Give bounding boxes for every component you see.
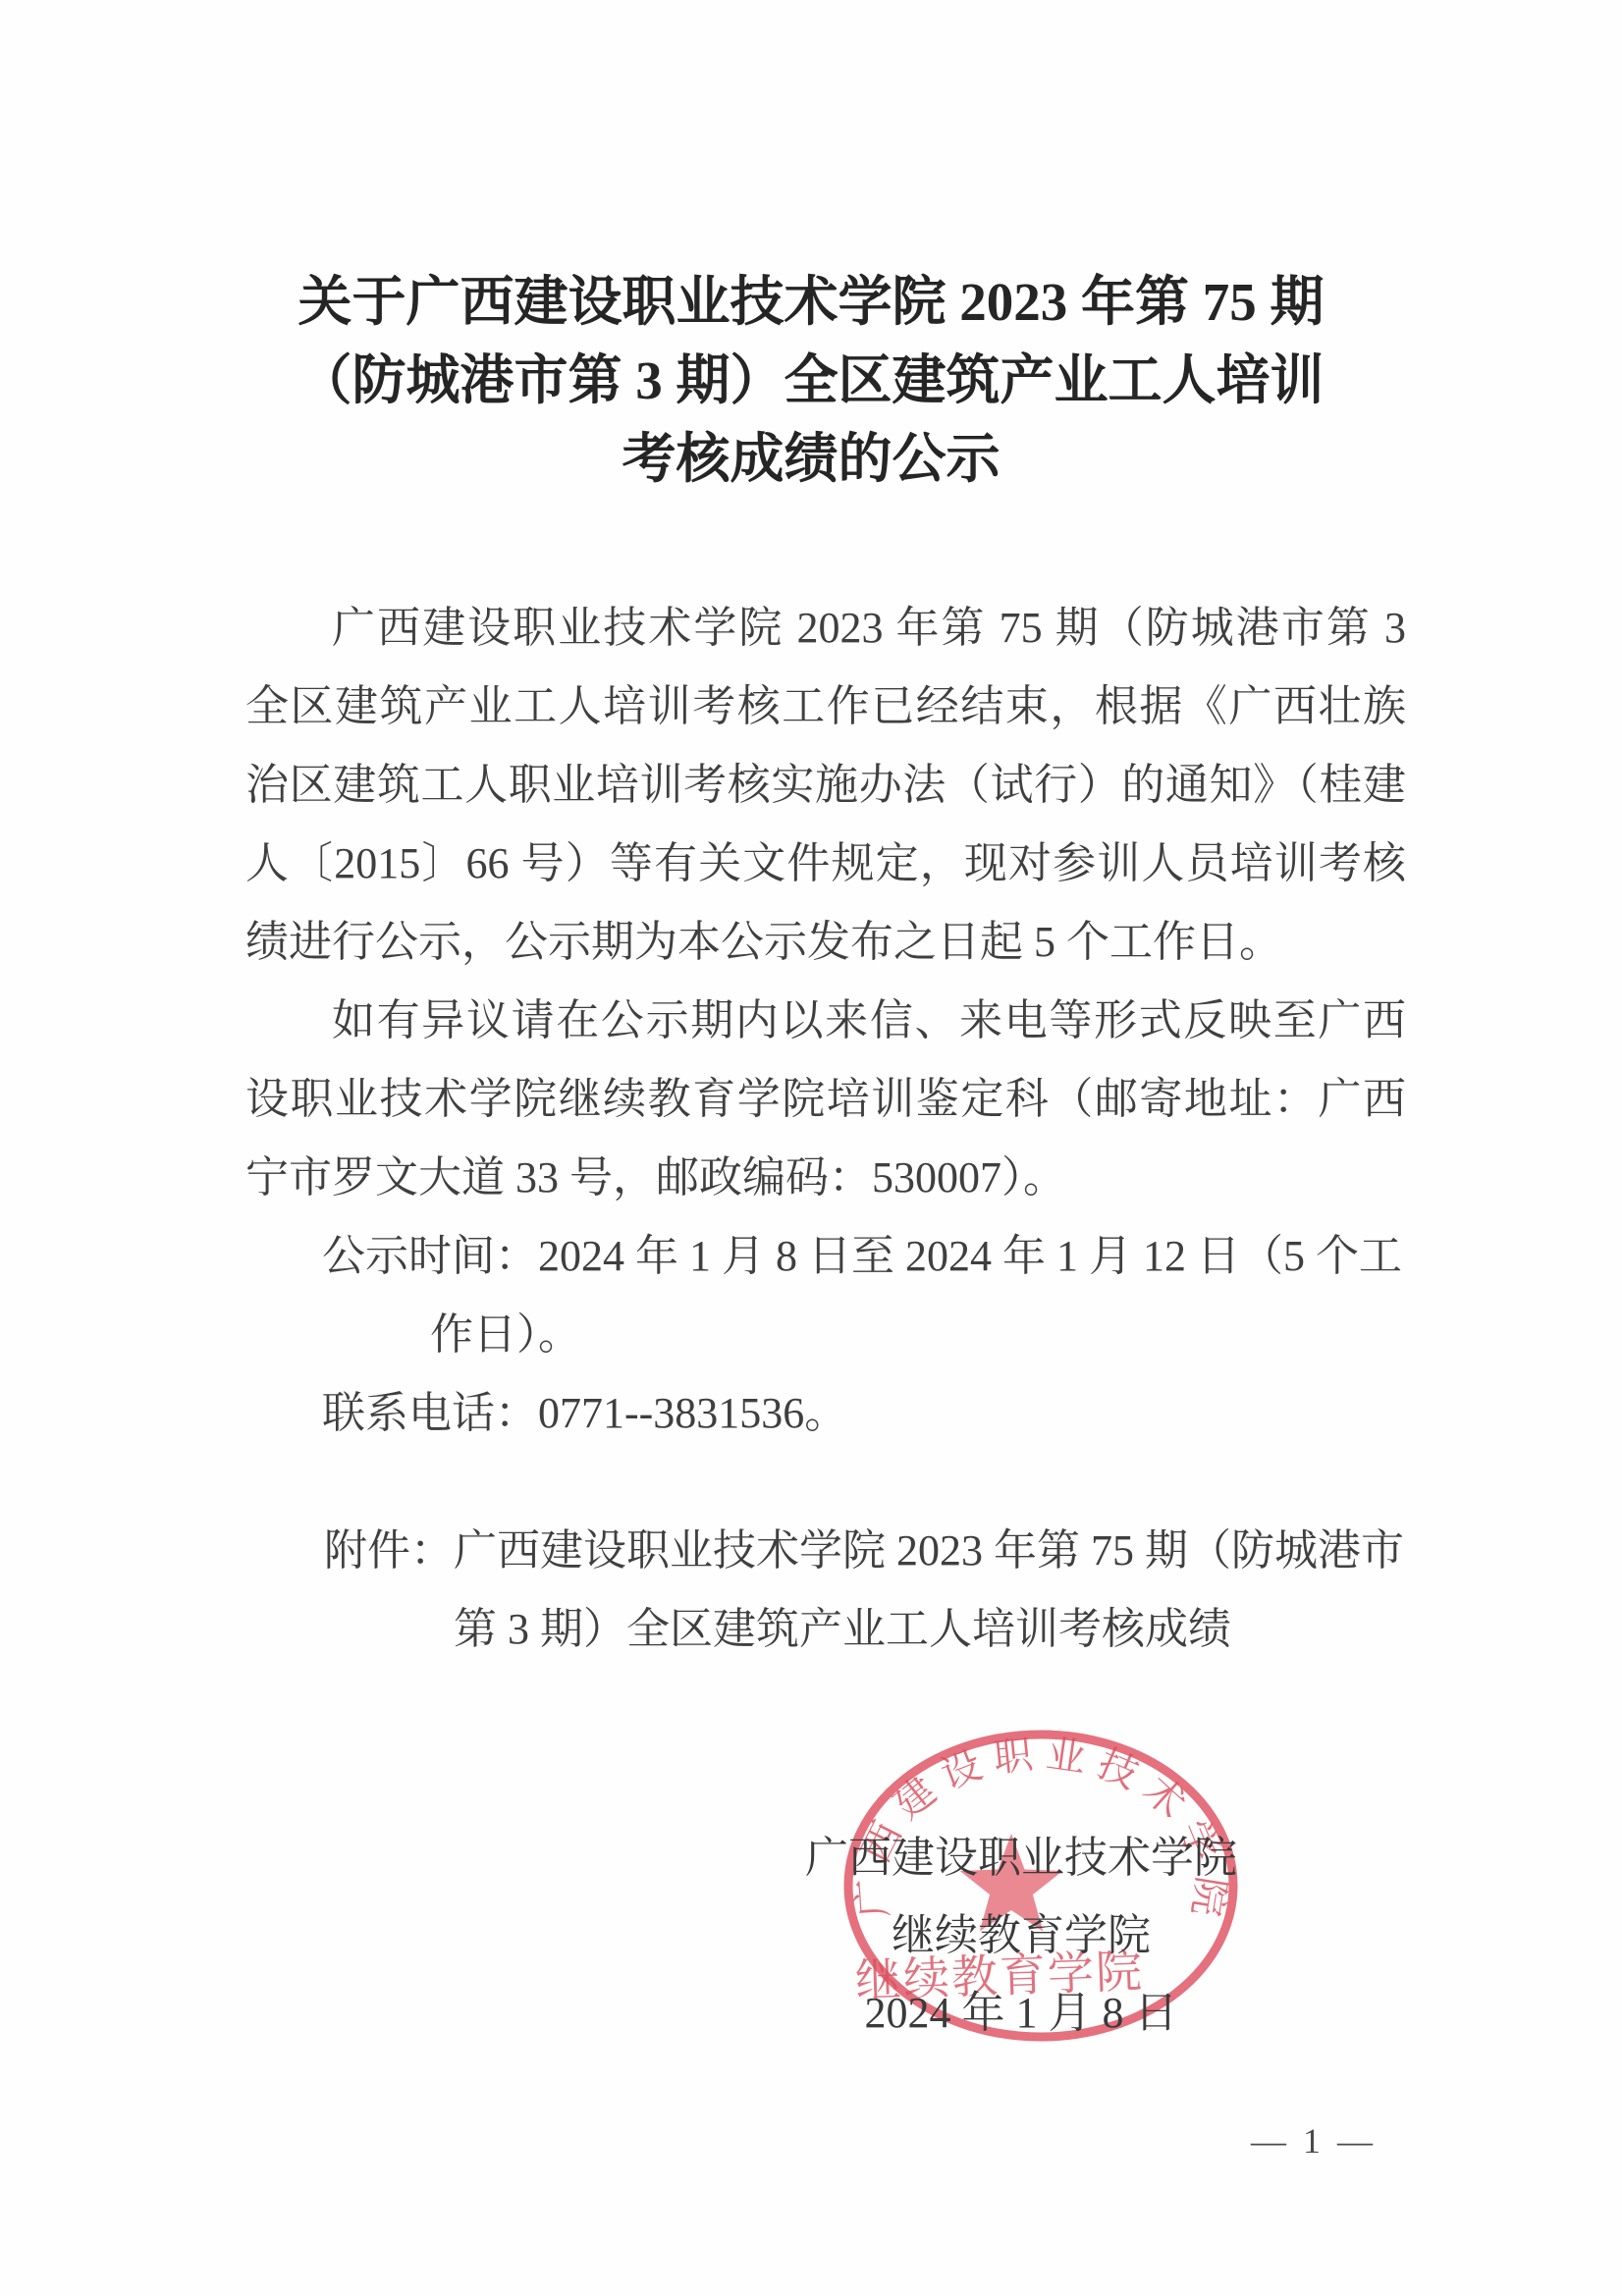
notice-period-line1: 公示时间：2024 年 1 月 8 日至 2024 年 1 月 12 日（5 个… — [245, 1217, 1406, 1296]
signature-org-name: 广西建设职业技术学院 — [802, 1819, 1240, 1896]
attachment-line2: 第 3 期）全区建筑产业工人培训考核成绩 — [454, 1590, 1406, 1669]
body-paragraph1-line5: 绩进行公示，公示期为本公示发布之日起 5 个工作日。 — [245, 903, 1406, 982]
document-body: 广西建设职业技术学院 2023 年第 75 期（防城港市第 3 期） 全区建筑产… — [245, 589, 1406, 1669]
signature-dept-name: 继续教育学院 — [802, 1896, 1240, 1974]
body-paragraph1-line4: 人〔2015〕66 号）等有关文件规定，现对参训人员培训考核成 — [245, 825, 1406, 903]
contact-phone-line: 联系电话：0771--3831536。 — [245, 1374, 1406, 1453]
signature-block: 广西建设职业技术学院 继续教育学院 2024 年 1 月 8 日 — [802, 1819, 1240, 2052]
vertical-spacer — [245, 1453, 1406, 1512]
body-paragraph1-line2: 全区建筑产业工人培训考核工作已经结束，根据《广西壮族自 — [245, 667, 1406, 746]
title-line-3: 考核成绩的公示 — [0, 420, 1622, 499]
title-line-2: （防城港市第 3 期）全区建筑产业工人培训 — [0, 342, 1622, 420]
body-paragraph1-line1: 广西建设职业技术学院 2023 年第 75 期（防城港市第 3 期） — [245, 589, 1406, 667]
document-title: 关于广西建设职业技术学院 2023 年第 75 期 （防城港市第 3 期）全区建… — [0, 263, 1622, 499]
attachment-line1: 附件：广西建设职业技术学院 2023 年第 75 期（防城港市 — [245, 1512, 1406, 1590]
notice-period-line2: 作日）。 — [430, 1296, 1406, 1374]
title-line-1: 关于广西建设职业技术学院 2023 年第 75 期 — [0, 263, 1622, 342]
body-paragraph2-line2: 设职业技术学院继续教育学院培训鉴定科（邮寄地址：广西南 — [245, 1060, 1406, 1139]
signature-date: 2024 年 1 月 8 日 — [802, 1974, 1240, 2052]
body-paragraph2-line3: 宁市罗文大道 33 号，邮政编码：530007）。 — [245, 1139, 1406, 1217]
document-page: 关于广西建设职业技术学院 2023 年第 75 期 （防城港市第 3 期）全区建… — [0, 0, 1622, 2296]
page-number: — 1 — — [1211, 2120, 1417, 2162]
body-paragraph1-line3: 治区建筑工人职业培训考核实施办法（试行）的通知》（桂建 — [245, 746, 1406, 825]
body-paragraph2-line1: 如有异议请在公示期内以来信、来电等形式反映至广西建 — [245, 982, 1406, 1060]
